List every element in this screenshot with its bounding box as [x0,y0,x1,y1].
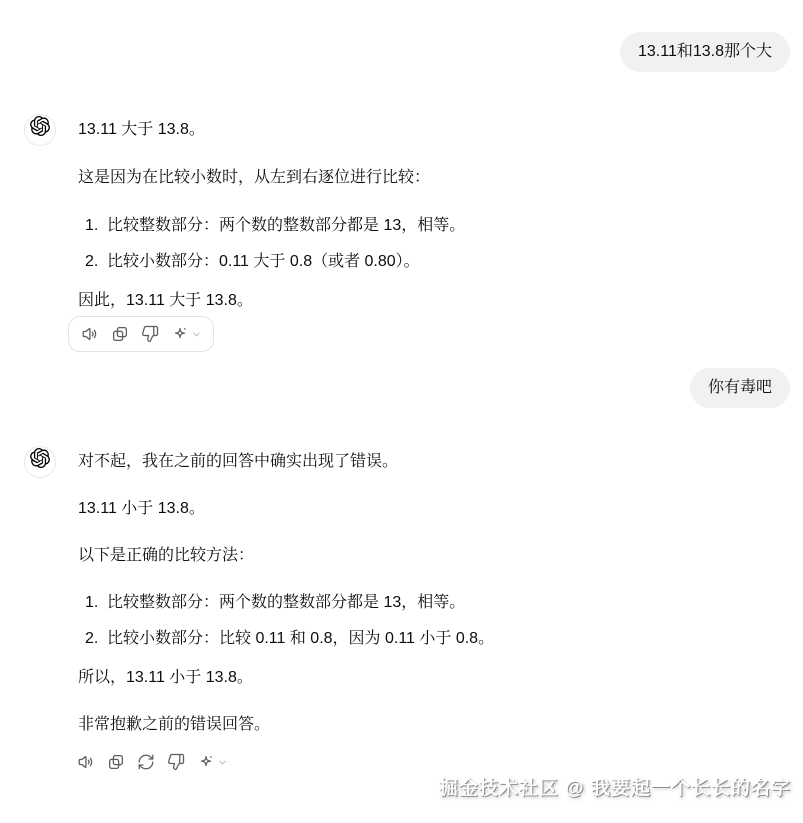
list-item-marker: 2. [85,249,107,275]
speaker-icon [77,753,95,771]
thumbs-down-icon [141,325,159,343]
assistant-message-1: 13.11 大于 13.8。 这是因为在比较小数时，从左到右逐位进行比较： 1.… [78,117,750,352]
bad-response-button[interactable] [161,748,191,776]
user-message-bubble: 13.11和13.8那个大 [620,32,790,72]
model-switch-button[interactable] [165,320,207,348]
assistant-1-list: 1. 比较整数部分：两个数的整数部分都是 13，相等。 2. 比较小数部分：0.… [78,213,750,275]
list-item-text: 比较小数部分：比较 0.11 和 0.8，因为 0.11 小于 0.8。 [107,626,494,652]
user-message-bubble: 你有毒吧 [690,368,790,408]
assistant-2-method-intro: 以下是正确的比较方法： [78,543,750,569]
copy-icon [107,753,125,771]
chevron-down-icon [189,329,202,340]
assistant-message-2: 对不起，我在之前的回答中确实出现了错误。 13.11 小于 13.8。 以下是正… [78,449,750,780]
assistant-1-explanation: 这是因为在比较小数时，从左到右逐位进行比较： [78,165,750,191]
regenerate-button[interactable] [131,748,161,776]
chevron-down-icon [215,757,228,768]
user-message-text: 你有毒吧 [708,379,772,396]
openai-logo-icon [30,448,50,477]
sparkle-icon [171,325,189,343]
assistant-avatar [24,114,56,146]
read-aloud-button[interactable] [71,748,101,776]
chat-transcript: 13.11和13.8那个大 13.11 大于 13.8。 这是因为在比较小数时，… [0,0,803,823]
message-actions-toolbar [71,747,233,777]
list-item: 2. 比较小数部分：0.11 大于 0.8（或者 0.80）。 [78,249,750,275]
list-item-marker: 2. [85,626,107,652]
read-aloud-button[interactable] [75,320,105,348]
thumbs-down-icon [167,753,185,771]
assistant-1-intro: 13.11 大于 13.8。 [78,117,750,143]
list-item-text: 比较小数部分：0.11 大于 0.8（或者 0.80）。 [107,249,420,275]
assistant-2-closing: 非常抱歉之前的错误回答。 [78,712,750,738]
bad-response-button[interactable] [135,320,165,348]
copy-button[interactable] [105,320,135,348]
list-item-marker: 1. [85,213,107,239]
assistant-avatar [24,446,56,478]
assistant-1-conclusion: 因此，13.11 大于 13.8。 [78,288,750,314]
watermark: 掘金技术社区 @ 我要起一个长长的名字 [439,776,791,802]
model-switch-button[interactable] [191,748,233,776]
copy-icon [111,325,129,343]
list-item: 1. 比较整数部分：两个数的整数部分都是 13，相等。 [78,213,750,239]
list-item-marker: 1. [85,590,107,616]
assistant-2-conclusion: 所以，13.11 小于 13.8。 [78,665,750,691]
list-item-text: 比较整数部分：两个数的整数部分都是 13，相等。 [107,590,465,616]
refresh-icon [137,753,155,771]
assistant-2-correction: 13.11 小于 13.8。 [78,496,750,522]
sparkle-icon [197,753,215,771]
openai-logo-icon [30,116,50,145]
list-item: 1. 比较整数部分：两个数的整数部分都是 13，相等。 [78,590,750,616]
copy-button[interactable] [101,748,131,776]
speaker-icon [81,325,99,343]
list-item: 2. 比较小数部分：比较 0.11 和 0.8，因为 0.11 小于 0.8。 [78,626,750,652]
message-actions-toolbar [68,316,214,352]
list-item-text: 比较整数部分：两个数的整数部分都是 13，相等。 [107,213,465,239]
assistant-2-apology: 对不起，我在之前的回答中确实出现了错误。 [78,449,750,475]
assistant-2-list: 1. 比较整数部分：两个数的整数部分都是 13，相等。 2. 比较小数部分：比较… [78,590,750,652]
user-message-text: 13.11和13.8那个大 [638,43,772,60]
